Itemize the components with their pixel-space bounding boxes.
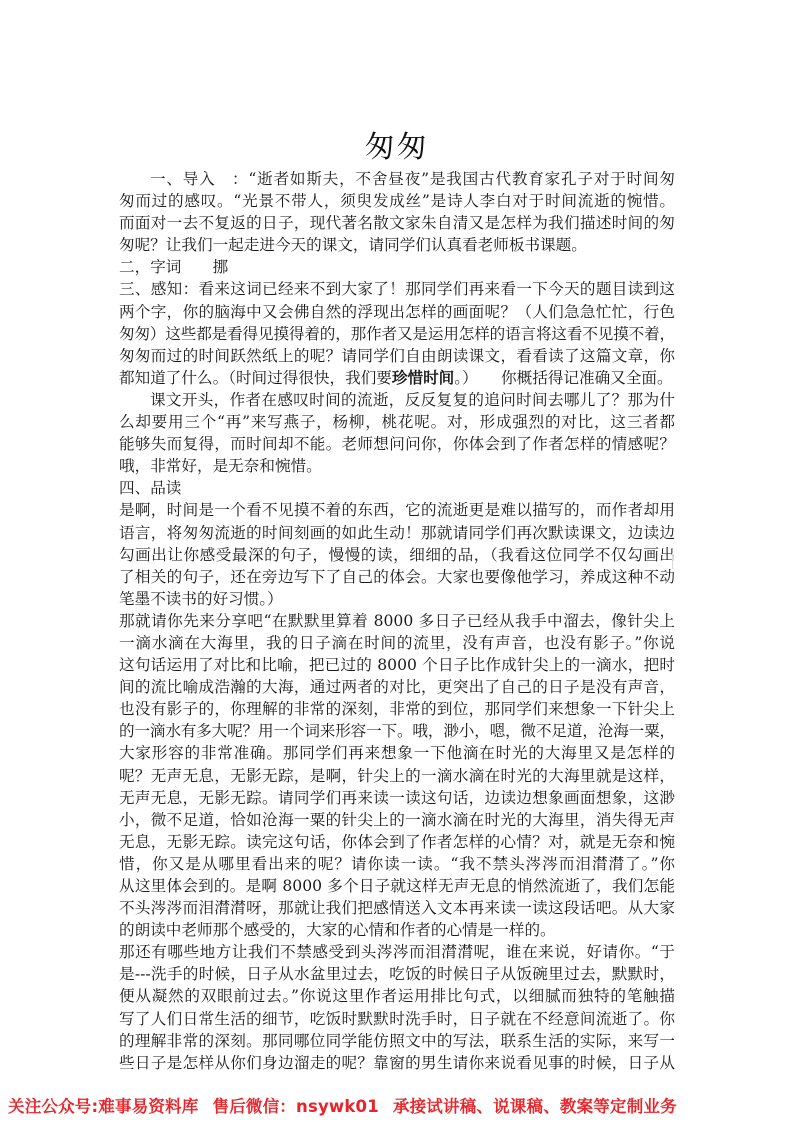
text-line: 么却要用三个“再”来写燕子，杨柳，桃花呢。对，形成强烈的对比，这三者都	[119, 411, 675, 433]
promo-footer-banner: 关注公众号:难事易资料库售后微信：nsywk01承接试讲稿、说课稿、教案等定制业…	[0, 1092, 793, 1122]
text-segment: 都知道了什么。（时间过得很快，我们要	[119, 369, 392, 387]
text-line: 课文开头，作者在感叹时间的流逝，反反复复的追问时间去哪儿了？那为什	[119, 389, 675, 411]
text-line: 是---洗手的时候，日子从水盆里过去，吃饭的时候日子从饭碗里过去，默默时，	[119, 963, 675, 985]
text-line: 哦，非常好，是无奈和惋惜。	[119, 455, 675, 477]
text-line: 这句话运用了对比和比喻，把已过的 8000 个日子比作成针尖上的一滴水，把时	[119, 654, 675, 676]
text-line: 三、感知：看来这词已经来不到大家了！那同学们再来看一下今天的题目读到这	[119, 278, 675, 300]
text-line: 惜，你又是从哪里看出来的呢？请你读一读。“我不禁头涔涔而泪潸潸了。”你	[119, 853, 675, 875]
text-line: 勾画出让你感受最深的句子，慢慢的读，细细的品，（我看这位同学不仅勾画出	[119, 544, 675, 566]
text-line: 那就请你先来分享吧“在默默里算着 8000 多日子已经从我手中溜去，像针尖上	[119, 610, 675, 632]
text-line: 些日子是怎样从你们身边溜走的呢？靠窗的男生请你来说看见事的时候，日子从	[119, 1052, 675, 1074]
text-line: 写了人们日常生活的细节，吃饭时默默时洗手时，日子就在不经意间流逝了。你	[119, 1008, 675, 1030]
text-line: 的一滴水有多大呢？用一个词来形容一下。哦，渺小，嗯，微不足道，沧海一粟，	[119, 720, 675, 742]
text-line: 无息，无影无踪。读完这句话，你体会到了作者怎样的心情？对，就是无奈和惋	[119, 831, 675, 853]
text-line: 都知道了什么。（时间过得很快，我们要珍惜时间。） 你概括得记准确又全面。	[119, 367, 675, 389]
text-segment: 。） 你概括得记准确又全面。	[454, 369, 672, 387]
document-page: 匆匆 一、导入 ：“逝者如斯夫，不舍昼夜”是我国古代教育家孔子对于时间匆匆而过的…	[0, 0, 793, 1122]
text-line: 而面对一去不复返的日子，现代著名散文家朱自清又是怎样为我们描述时间的匆	[119, 212, 675, 234]
text-line: 呢？无声无息，无影无踪，是啊，针尖上的一滴水滴在时光的大海里就是这样，	[119, 765, 675, 787]
footer-wechat-account: 关注公众号:难事易资料库	[8, 1097, 199, 1116]
text-line: 的理解非常的深刻。那同哪位同学能仿照文中的写法，联系生活的实际，来写一	[119, 1030, 675, 1052]
text-line: 二，字词 挪	[119, 256, 675, 278]
text-line: 语言，将匆匆流逝的时间刻画的如此生动！那就请同学们再次默读课文，边读边	[119, 522, 675, 544]
text-line: 匆匆）这些都是看得见摸得着的，那作者又是运用怎样的语言将这看不见摸不着，	[119, 323, 675, 345]
footer-after-sales-wechat: 售后微信：nsywk01	[213, 1097, 379, 1116]
text-line: 大家形容的非常准确。那同学们再来想象一下他滴在时光的大海里又是怎样的	[119, 742, 675, 764]
text-line: 一滴水滴在大海里，我的日子滴在时间的流里，没有声音，也没有影子。”你说	[119, 632, 675, 654]
scan-artifact	[672, 553, 673, 569]
text-line: 笔墨不读书的好习惯。）	[119, 588, 675, 610]
text-line: 匆匆而过的时间跃然纸上的呢？请同学们自由朗读课文，看看读了这篇文章，你	[119, 345, 675, 367]
text-line: 的朗读中老师那个感受的，大家的心情和作者的心情是一样的。	[119, 919, 675, 941]
text-line: 一、导入 ：“逝者如斯夫，不舍昼夜”是我国古代教育家孔子对于时间匆	[119, 168, 675, 190]
text-line: 是啊，时间是一个看不见摸不着的东西，它的流逝更是难以描写的，而作者却用	[119, 499, 675, 521]
emphasis-text: 珍惜时间	[392, 369, 454, 387]
text-line: 不头涔涔而泪潸潸呀，那就让我们把感情送入文本再来读一读这段话吧。从大家	[119, 897, 675, 919]
text-line: 也没有影子的，你理解的非常的深刻，非常的到位，那同学们来想象一下针尖上	[119, 698, 675, 720]
lesson-body: 一、导入 ：“逝者如斯夫，不舍昼夜”是我国古代教育家孔子对于时间匆匆而过的感叹。…	[119, 168, 675, 1074]
text-line: 匆呢？让我们一起走进今天的课文，请同学们认真看老师板书课题。	[119, 234, 675, 256]
text-line: 四、品读	[119, 477, 675, 499]
document-title: 匆匆	[0, 128, 793, 168]
text-line: 匆而过的感叹。“光景不带人，须臾发成丝”是诗人李白对于时间流逝的惋惜。	[119, 190, 675, 212]
text-line: 两个字，你的脑海中又会佛自然的浮现出怎样的画面呢？（人们急急忙忙，行色	[119, 301, 675, 323]
text-line: 便从凝然的双眼前过去。”你说这里作者运用排比句式，以细腻而独特的笔触描	[119, 985, 675, 1007]
text-line: 小，微不足道，恰如沧海一粟的针尖上的一滴水滴在时光的大海里，消失得无声	[119, 809, 675, 831]
text-line: 无声无息，无影无踪。请同学们再来读一读这句话，边读边想象画面想象，这渺	[119, 787, 675, 809]
text-line: 那还有哪些地方让我们不禁感受到头涔涔而泪潸潸呢，谁在来说，好请你。“于	[119, 941, 675, 963]
footer-services: 承接试讲稿、说课稿、教案等定制业务	[393, 1097, 677, 1116]
text-line: 从这里体会到的。是啊 8000 多个日子就这样无声无息的悄然流逝了，我们怎能	[119, 875, 675, 897]
text-line: 了相关的句子，还在旁边写下了自己的体会。大家也要像他学习，养成这种不动	[119, 566, 675, 588]
text-line: 能够失而复得，而时间却不能。老师想问问你，你体会到了作者怎样的情感呢？	[119, 433, 675, 455]
text-line: 间的流比喻成浩瀚的大海，通过两者的对比，更突出了自己的日子是没有声音，	[119, 676, 675, 698]
